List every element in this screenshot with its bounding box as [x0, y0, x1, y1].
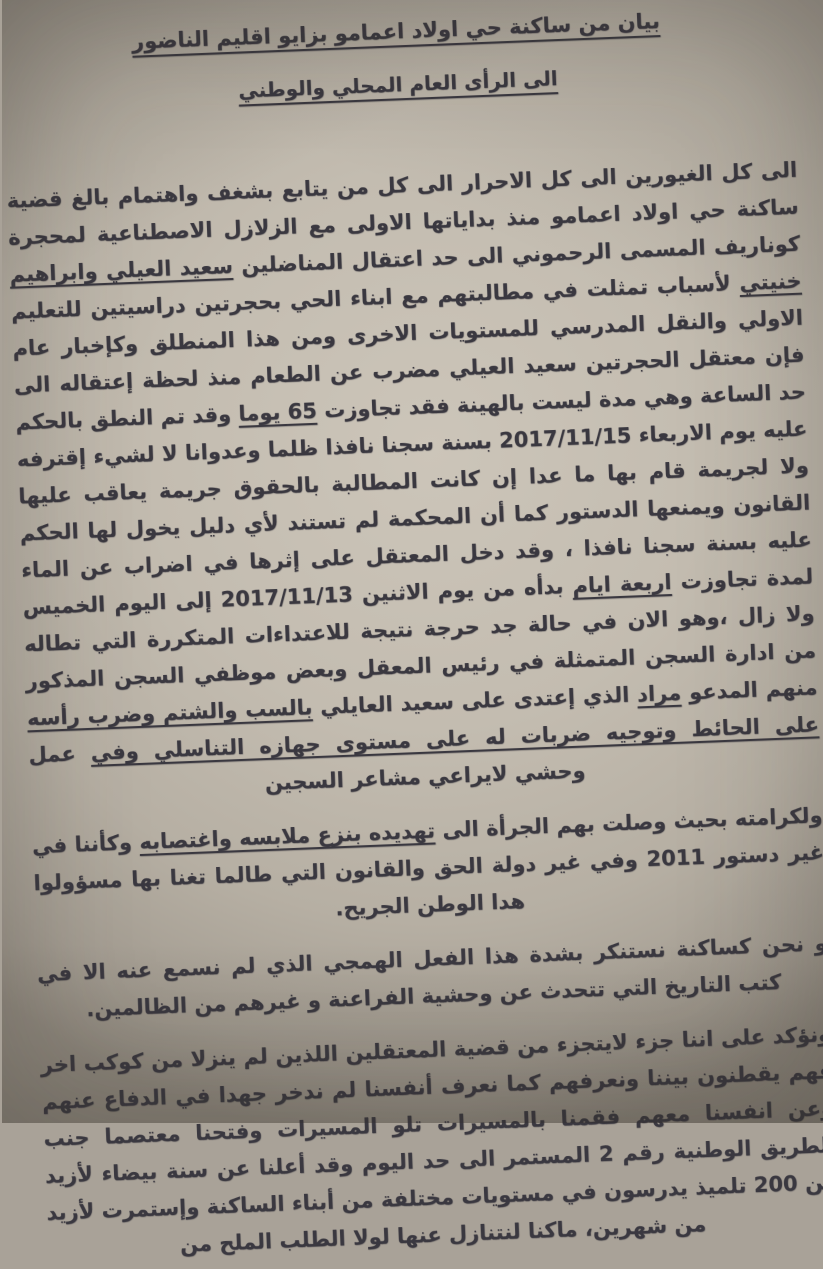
body-text: و نحن كساكنة نستنكر بشدة هذا الفعل الهمج…: [35, 931, 823, 1021]
body-text: لأسباب تمثلت في مطالبتهم مع ابناء الحي ب…: [9, 271, 805, 423]
paragraph-3: و نحن كساكنة نستنكر بشدة هذا الفعل الهمج…: [34, 925, 823, 1030]
underlined-text: تهديده بنزع ملابسه واغتصابه: [137, 819, 434, 855]
document-paragraphs: الى كل الغيورين الى كل الاحرار الى كل من…: [4, 152, 823, 1123]
body-text: ولكرامته بحيث وصلت بهم الجرأة الى: [433, 804, 821, 843]
document-title-line-1: بيان من ساكنة حي اولاد اعمامو بزايو اقلي…: [0, 3, 790, 61]
body-text: ونؤكد على اننا جزء لايتجزء من قضية المعت…: [38, 1022, 823, 1123]
body-text: بدأه من يوم الاثنين 2017/11/13 إلى اليوم…: [20, 574, 816, 705]
paragraph-1: الى كل الغيورين الى كل الاحرار الى كل من…: [4, 152, 819, 812]
underlined-text: 65 يوما: [236, 399, 315, 426]
paragraph-4: ونؤكد على اننا جزء لايتجزء من قضية المعت…: [38, 1016, 823, 1123]
body-text: وقد تم النطق بالحكم عليه يوم الاربعاء 20…: [13, 402, 812, 594]
underlined-text: اربعة ايام: [570, 570, 670, 598]
document-sheet: بيان من ساكنة حي اولاد اعمامو بزايو اقلي…: [0, 0, 823, 1123]
body-text: الذي إعتدى على سعيد العايلي: [310, 683, 636, 720]
underlined-text: مراد: [635, 681, 680, 707]
photo-background: بيان من ساكنة حي اولاد اعمامو بزايو اقلي…: [0, 0, 823, 1123]
paragraph-2: ولكرامته بحيث وصلت بهم الجرأة الى تهديده…: [29, 798, 823, 940]
document-title-line-2: الى الرأى العام المحلي والوطني: [0, 56, 791, 113]
